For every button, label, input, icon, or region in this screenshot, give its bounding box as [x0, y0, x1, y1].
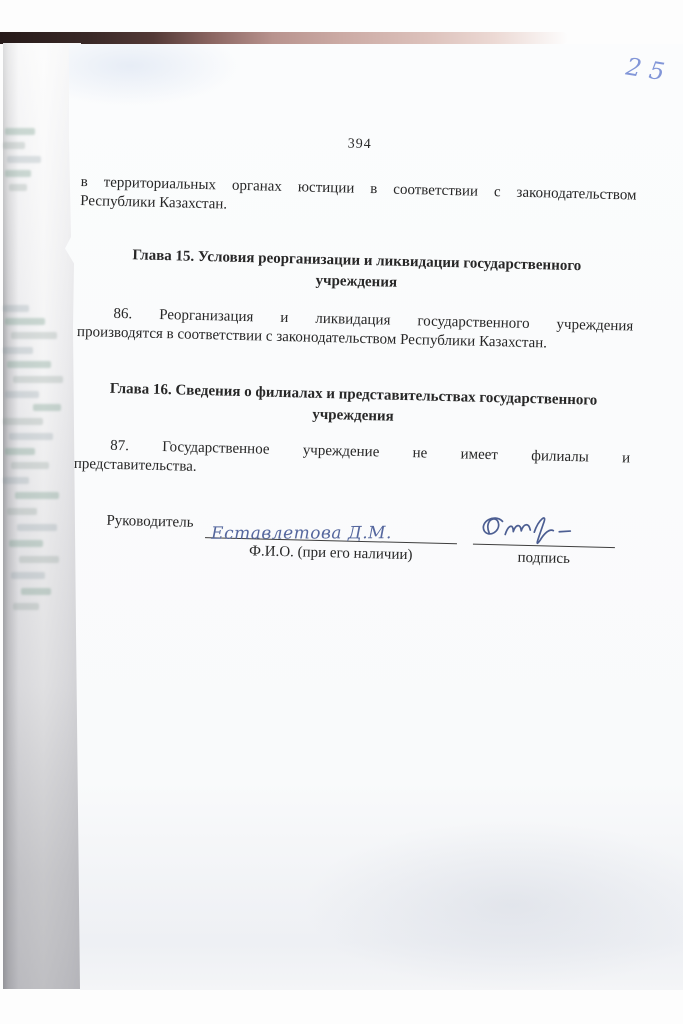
bleed-through-mark — [5, 448, 35, 455]
bleed-through-mark — [5, 391, 39, 398]
bleed-through-mark — [21, 588, 51, 595]
bleed-through-mark — [5, 170, 31, 177]
chapter-15-heading: Глава 15. Условия реорганизации и ликвид… — [78, 244, 635, 300]
signature-line — [473, 514, 616, 548]
bleed-through-mark — [3, 418, 43, 425]
bleed-through-mark — [13, 376, 63, 383]
signature-block: Руководитель Еставлетова Д.М. Ф.И.О. (пр… — [72, 504, 629, 571]
bleed-through-mark — [3, 305, 29, 312]
bleed-through-mark — [3, 347, 33, 354]
bleed-through-mark — [15, 492, 59, 499]
intro-paragraph: в территориальных органах юстиции в соот… — [80, 173, 637, 225]
bleed-through-mark — [5, 128, 35, 135]
page-number: 394 — [82, 128, 638, 161]
handwritten-signature — [475, 509, 592, 554]
paragraph-87: 87. Государственное учреждение не имеет … — [74, 436, 631, 488]
fio-field: Еставлетова Д.М. Ф.И.О. (при его наличии… — [205, 507, 458, 566]
bleed-through-mark — [17, 524, 57, 531]
bleed-through-mark — [7, 361, 51, 368]
spine-shadow-band — [0, 32, 568, 44]
handwritten-sheet-number: 25 — [624, 53, 674, 88]
bleed-through-mark — [3, 477, 29, 484]
bleed-through-mark — [7, 156, 41, 163]
underlying-page-edge — [3, 43, 81, 989]
scanned-document: 25 394 в территориальных органах юстиции… — [0, 0, 683, 1024]
handwritten-name: Еставлетова Д.М. — [211, 524, 392, 544]
bleed-through-mark — [9, 540, 43, 547]
document-page: 25 394 в территориальных органах юстиции… — [0, 44, 683, 990]
bleed-through-mark — [3, 142, 25, 149]
role-label: Руководитель — [106, 505, 194, 533]
page-content: 394 в территориальных органах юстиции в … — [72, 128, 638, 570]
fio-caption: Ф.И.О. (при его наличии) — [205, 541, 457, 566]
bleed-through-mark — [7, 508, 37, 515]
bleed-through-mark — [5, 318, 45, 325]
signature-field: подпись — [473, 514, 616, 570]
bleed-through-mark — [9, 433, 53, 440]
bleed-through-mark — [11, 572, 45, 579]
paragraph-86: 86. Реорганизация и ликвидация государст… — [77, 304, 634, 356]
bleed-through-mark — [11, 462, 49, 469]
bleed-through-mark — [19, 556, 59, 563]
chapter-16-heading: Глава 16. Сведения о филиалах и представ… — [75, 378, 632, 434]
bleed-through-mark — [9, 184, 27, 191]
bleed-through-mark — [33, 404, 61, 411]
bleed-through-mark — [13, 603, 39, 610]
fio-line: Еставлетова Д.М. — [205, 507, 458, 544]
bleed-through-mark — [11, 332, 57, 339]
